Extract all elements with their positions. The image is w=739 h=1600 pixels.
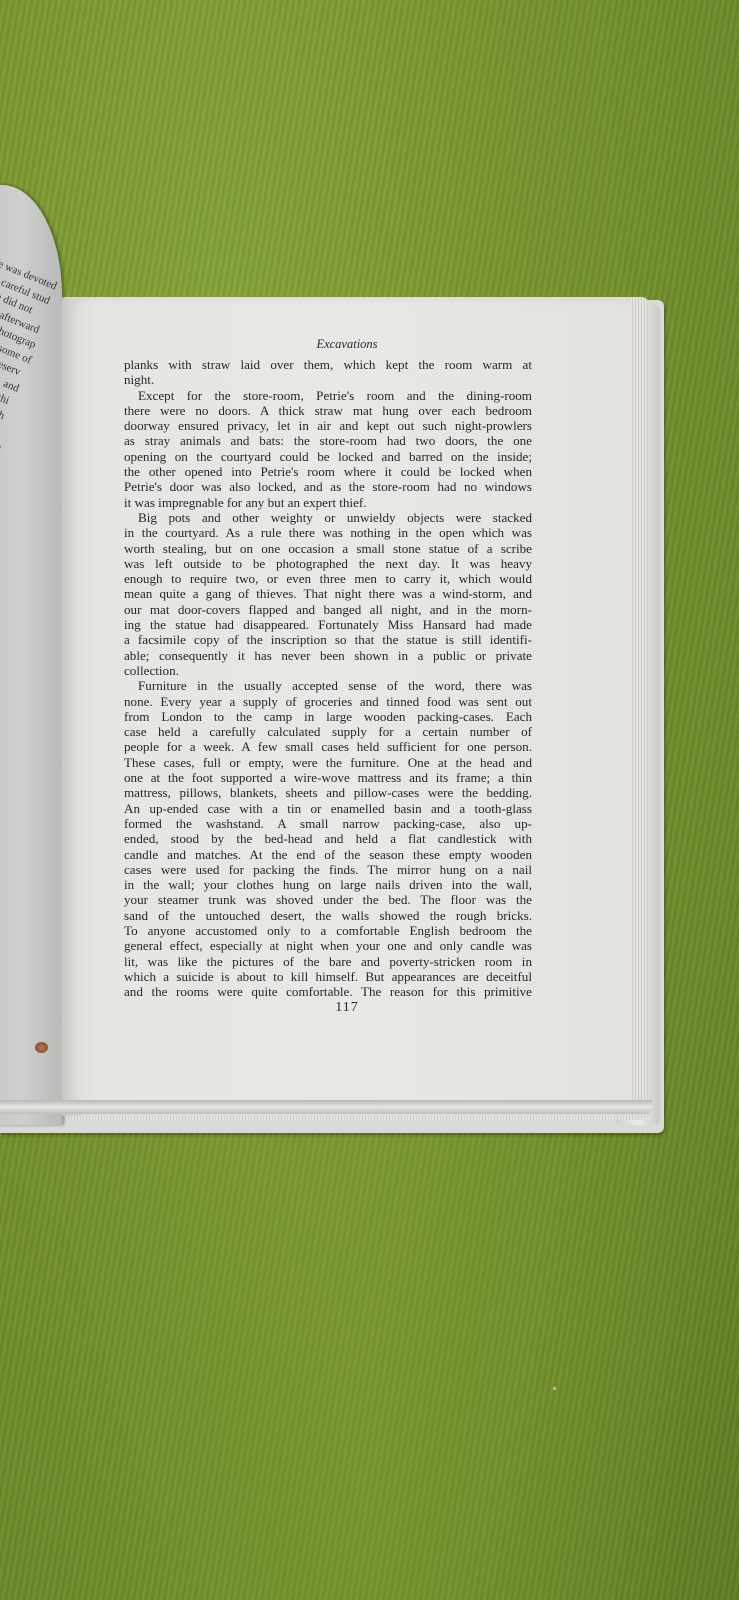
- text-line: there were no doors. A thick straw mat h…: [124, 403, 532, 418]
- text-line: mean quite a gang of thieves. That night…: [124, 586, 532, 601]
- text-line: cases were used for packing the finds. T…: [124, 862, 532, 877]
- text-line: candle and matches. At the end of the se…: [124, 847, 532, 862]
- text-line: able; consequently it has never been sho…: [124, 648, 532, 663]
- text-line: opening on the courtyard could be locked…: [124, 449, 532, 464]
- text-line: An up-ended case with a tin or enamelled…: [124, 801, 532, 816]
- text-line: one at the foot supported a wire-wove ma…: [124, 770, 532, 785]
- text-line: collection.: [124, 663, 532, 678]
- text-line: and the rooms were quite comfortable. Th…: [124, 984, 532, 999]
- text-line: Furniture in the usually accepted sense …: [124, 678, 532, 693]
- text-line: as stray animals and bats: the store-roo…: [124, 433, 532, 448]
- text-line: These cases, full or empty, were the fur…: [124, 755, 532, 770]
- text-line: it was impregnable for any but an expert…: [124, 495, 532, 510]
- text-line: night.: [124, 372, 532, 387]
- text-line: Big pots and other weighty or unwieldy o…: [124, 510, 532, 525]
- text-line: people for a week. A few small cases hel…: [124, 739, 532, 754]
- running-head: Excavations: [62, 337, 632, 352]
- text-line: in the wall; your clothes hung on large …: [124, 877, 532, 892]
- page-body-text: planks with straw laid over them, which …: [124, 357, 532, 999]
- text-line: none. Every year a supply of groceries a…: [124, 694, 532, 709]
- book-cover-bottom-edge: [0, 1100, 652, 1114]
- text-line: from London to the camp in large wooden …: [124, 709, 532, 724]
- text-line: worth stealing, but on one occasion a sm…: [124, 541, 532, 556]
- text-line: planks with straw laid over them, which …: [124, 357, 532, 372]
- text-line: Except for the store-room, Petrie's room…: [124, 388, 532, 403]
- text-line: To anyone accustomed only to a comfortab…: [124, 923, 532, 938]
- text-line: enough to require two, or even three men…: [124, 571, 532, 586]
- text-line: doorway ensured privacy, let in air and …: [124, 418, 532, 433]
- text-line: a facsimile copy of the inscription so t…: [124, 632, 532, 647]
- foxing-stain: [35, 1042, 48, 1053]
- text-line: our mat door-covers flapped and banged a…: [124, 602, 532, 617]
- text-line: in the courtyard. As a rule there was no…: [124, 525, 532, 540]
- text-line: lit, was like the pictures of the bare a…: [124, 954, 532, 969]
- text-line: ended, stood by the bed-head and held a …: [124, 831, 532, 846]
- text-line: formed the washstand. A small narrow pac…: [124, 816, 532, 831]
- text-line: the other opened into Petrie's room wher…: [124, 464, 532, 479]
- text-line: your steamer trunk was shoved under the …: [124, 892, 532, 907]
- text-line: mattress, pillows, blankets, sheets and …: [124, 785, 532, 800]
- text-line: which a suicide is about to kill himself…: [124, 969, 532, 984]
- text-line: case held a carefully calculated supply …: [124, 724, 532, 739]
- text-line: general effect, especially at night when…: [124, 938, 532, 953]
- text-line: sand of the untouched desert, the walls …: [124, 908, 532, 923]
- page-number: 117: [62, 1000, 632, 1016]
- text-line: was left outside to be photographed the …: [124, 556, 532, 571]
- left-page-text-fragments: he was devotede a careful study, he did …: [0, 255, 61, 870]
- text-line: ing the statue had disappeared. Fortunat…: [124, 617, 532, 632]
- left-page-curled: he was devotede a careful study, he did …: [0, 185, 62, 1125]
- cloth-speck: [553, 1387, 556, 1390]
- text-line: Petrie's door was also locked, and as th…: [124, 479, 532, 494]
